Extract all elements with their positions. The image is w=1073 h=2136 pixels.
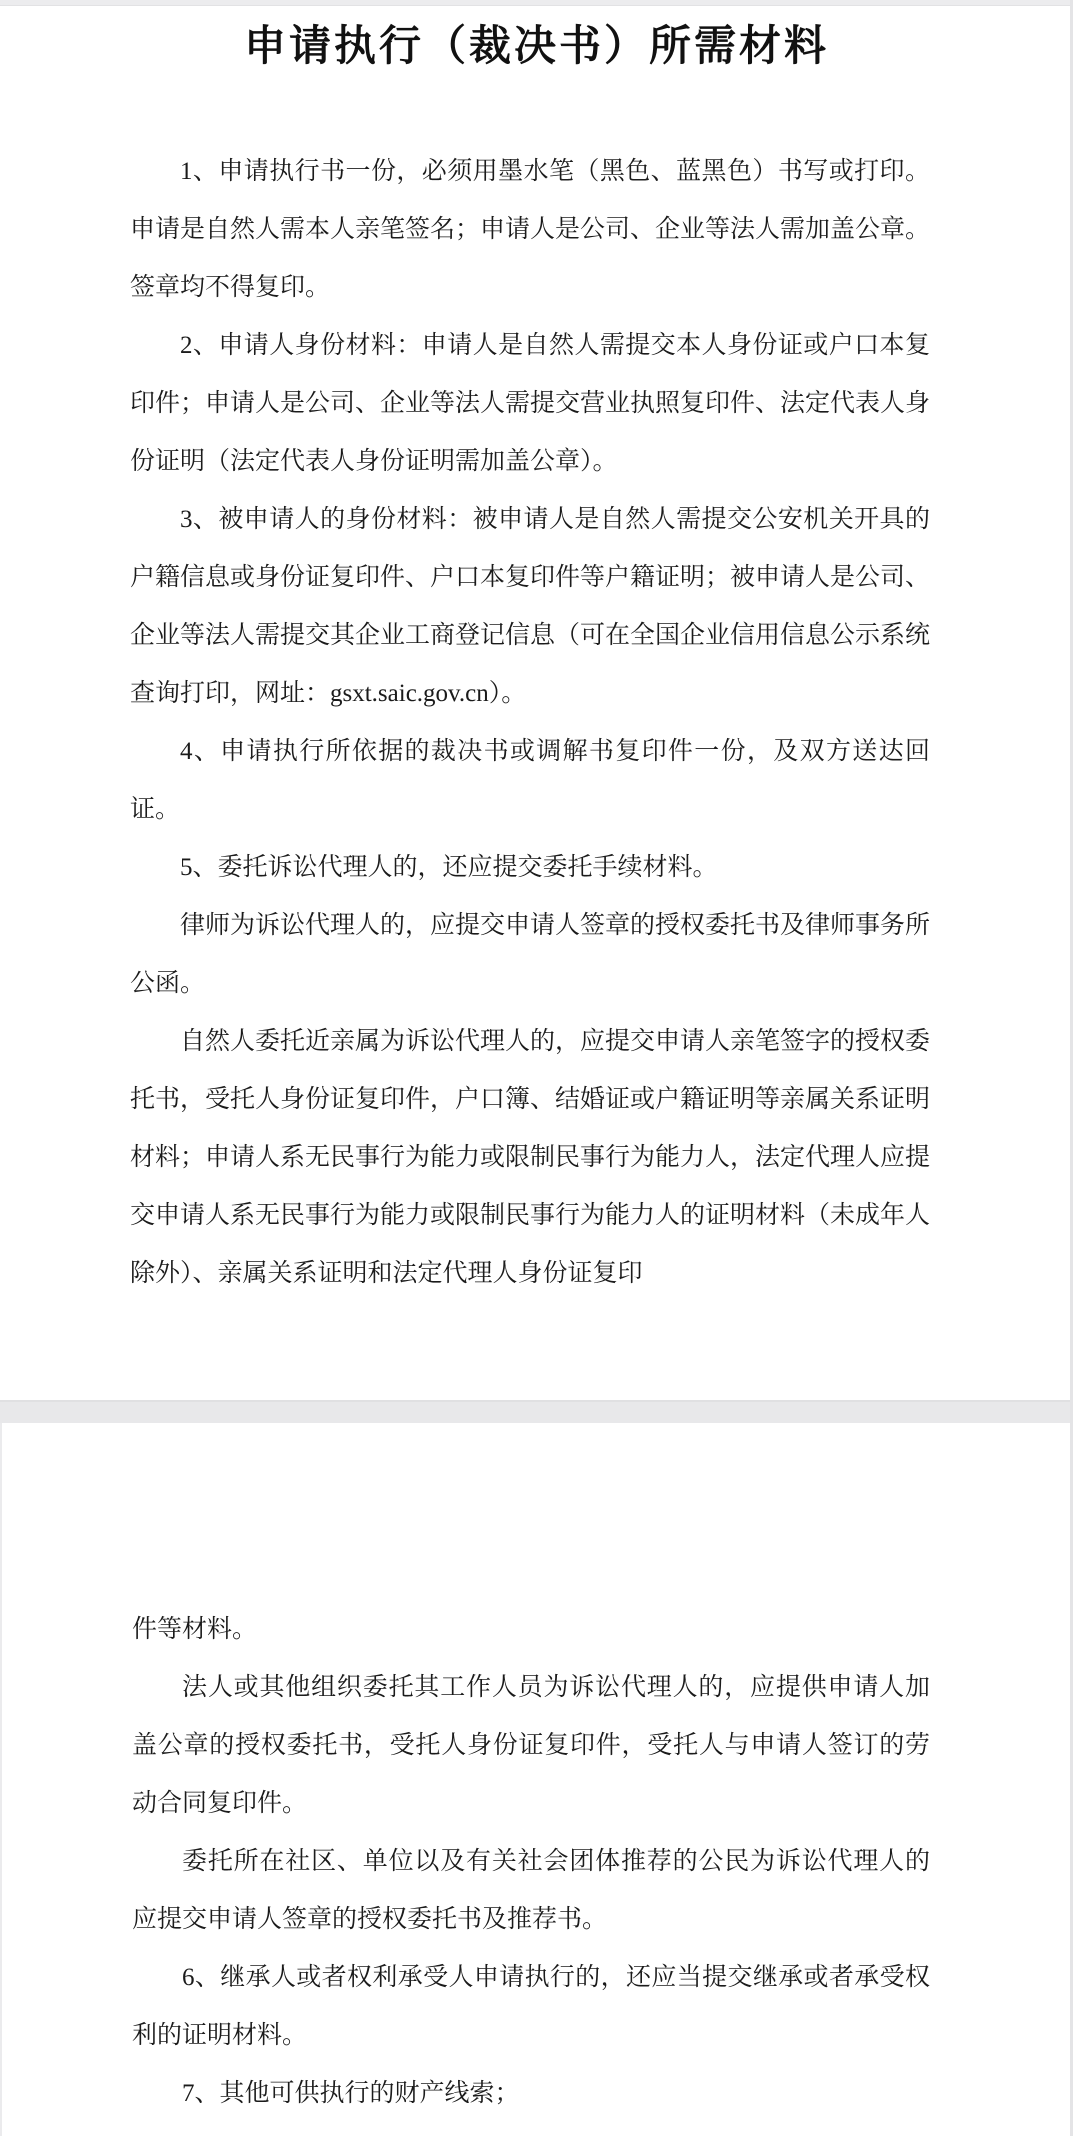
page-1-paragraphs: 1、申请执行书一份，必须用墨水笔（黑色、蓝黑色）书写或打印。申请是自然人需本人亲… (0, 143, 1073, 1303)
paragraph: 4、申请执行所依据的裁决书或调解书复印件一份，及双方送达回证。 (0, 723, 1073, 839)
paragraph: 7、其他可供执行的财产线索； (2, 2065, 1073, 2123)
document-title: 申请执行（裁决书）所需材料 (0, 23, 1073, 71)
document-page-2: 件等材料。法人或其他组织委托其工作人员为诉讼代理人的，应提供申请人加盖公章的授权… (0, 1423, 1073, 2136)
paragraph: 3、被申请人的身份材料：被申请人是自然人需提交公安机关开具的户籍信息或身份证复印… (0, 491, 1073, 723)
paragraph: 法人或其他组织委托其工作人员为诉讼代理人的，应提供申请人加盖公章的授权委托书，受… (2, 1659, 1073, 1833)
page-gap-separator (0, 1400, 1073, 1423)
paragraph: 6、继承人或者权利承受人申请执行的，还应当提交继承或者承受权利的证明材料。 (2, 1949, 1073, 2065)
paragraph: 委托所在社区、单位以及有关社会团体推荐的公民为诉讼代理人的应提交申请人签章的授权… (2, 1833, 1073, 1949)
paragraph: 2、申请人身份材料：申请人是自然人需提交本人身份证或户口本复印件；申请人是公司、… (0, 317, 1073, 491)
paragraph: 件等材料。 (2, 1601, 1073, 1659)
page-2-paragraphs: 件等材料。法人或其他组织委托其工作人员为诉讼代理人的，应提供申请人加盖公章的授权… (2, 1601, 1073, 2123)
paragraph: 1、申请执行书一份，必须用墨水笔（黑色、蓝黑色）书写或打印。申请是自然人需本人亲… (0, 143, 1073, 317)
paragraph: 律师为诉讼代理人的，应提交申请人签章的授权委托书及律师事务所公函。 (0, 897, 1073, 1013)
paragraph: 5、委托诉讼代理人的，还应提交委托手续材料。 (0, 839, 1073, 897)
document-page-1: 申请执行（裁决书）所需材料 1、申请执行书一份，必须用墨水笔（黑色、蓝黑色）书写… (0, 6, 1073, 1400)
paragraph: 自然人委托近亲属为诉讼代理人的，应提交申请人亲笔签字的授权委托书，受托人身份证复… (0, 1013, 1073, 1303)
